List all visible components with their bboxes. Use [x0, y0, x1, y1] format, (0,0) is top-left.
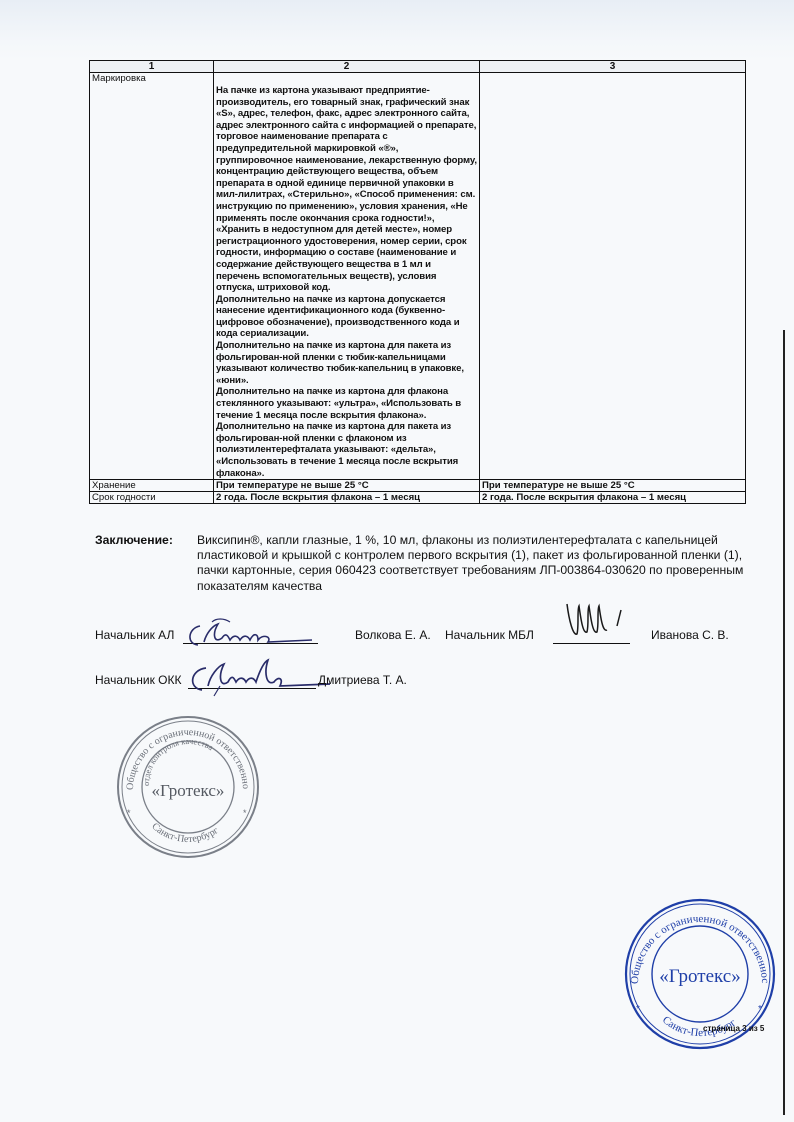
signature-name-ivanova: Иванова С. В.	[651, 628, 729, 642]
svg-text:*: *	[243, 808, 247, 818]
svg-text:Общество с ограниченной ответс: Общество с ограниченной ответственностью	[113, 712, 251, 790]
conclusion-text: Виксипин®, капли глазные, 1 %, 10 мл, фл…	[197, 533, 757, 594]
signature-icon	[563, 600, 633, 644]
storage-result: При температуре не выше 25 °C	[480, 480, 746, 492]
svg-text:отдел контроля качества: отдел контроля качества	[141, 736, 215, 786]
stamp-center-text: «Гротекс»	[659, 966, 740, 987]
conclusion-heading: Заключение:	[95, 533, 173, 548]
signature-role-al: Начальник АЛ	[95, 628, 174, 642]
column-header: 3	[480, 61, 746, 73]
signature-name-dmitrieva: Дмитриева Т. А.	[318, 673, 407, 687]
signature-icon	[182, 614, 322, 654]
column-header: 2	[214, 61, 480, 73]
signature-role-mbl: Начальник МБЛ	[445, 628, 534, 642]
marking-paragraph: Дополнительно на пачке из картона допуск…	[216, 294, 477, 340]
marking-result	[480, 73, 746, 480]
column-header: 1	[90, 61, 214, 73]
company-stamp-faded: Общество с ограниченной ответственностью…	[113, 712, 263, 862]
table-row-storage: Хранение При температуре не выше 25 °C П…	[90, 480, 746, 492]
table-row-marking: Маркировка На пачке из картона указывают…	[90, 73, 746, 480]
table-header-row: 1 2 3	[90, 61, 746, 73]
signature-role-okk: Начальник ОКК	[95, 673, 181, 687]
marking-paragraph: На пачке из картона указывают предприяти…	[216, 85, 477, 294]
spec-table: 1 2 3 Маркировка На пачке из картона ука…	[89, 60, 746, 504]
shelf-life-requirement: 2 года. После вскрытия флакона – 1 месяц	[214, 492, 480, 504]
signature-icon	[184, 652, 334, 700]
page-edge-line	[783, 330, 785, 1115]
svg-text:*: *	[758, 1004, 762, 1015]
row-label: Хранение	[90, 480, 214, 492]
svg-text:*: *	[127, 808, 131, 818]
signature-name-volkova: Волкова Е. А.	[355, 628, 431, 642]
scan-shading	[0, 0, 794, 60]
storage-requirement: При температуре не выше 25 °C	[214, 480, 480, 492]
stamp-center-text: «Гротекс»	[152, 781, 225, 800]
table-row-shelf-life: Срок годности 2 года. После вскрытия фла…	[90, 492, 746, 504]
svg-text:*: *	[636, 1004, 640, 1015]
stamp-ring-inner: отдел контроля качества	[141, 736, 215, 786]
marking-paragraph: Дополнительно на пачке из картона для фл…	[216, 386, 477, 421]
marking-requirements: На пачке из картона указывают предприяти…	[214, 73, 480, 480]
marking-paragraph: Дополнительно на пачке из картона для па…	[216, 340, 477, 386]
row-label: Маркировка	[90, 73, 214, 480]
stamp-ring-top: Общество с ограниченной ответственностью	[113, 712, 251, 790]
shelf-life-result: 2 года. После вскрытия флакона – 1 месяц	[480, 492, 746, 504]
row-label: Срок годности	[90, 492, 214, 504]
marking-paragraph: Дополнительно на пачке из картона для па…	[216, 421, 477, 479]
page-number: страница 3 из 5	[703, 1024, 764, 1033]
